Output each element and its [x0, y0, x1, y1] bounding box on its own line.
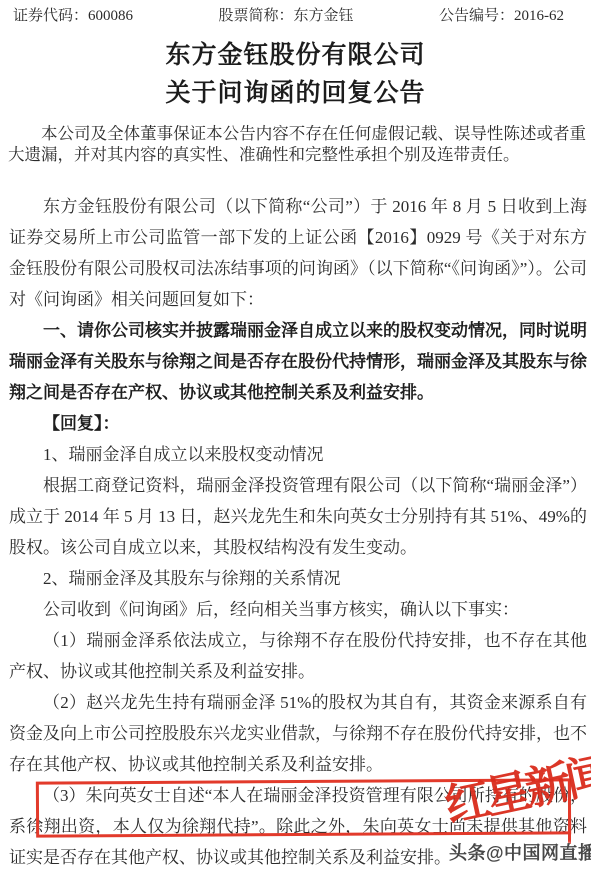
announcement-title: 关于问询函的回复公告	[0, 75, 591, 111]
board-disclaimer: 本公司及全体董事保证本公告内容不存在任何虚假记载、误导性陈述或者重大遗漏，并对其…	[0, 123, 591, 165]
announcement-number-value: 2016-62	[514, 8, 564, 24]
announcement-body: 东方金钰股份有限公司（以下简称“公司”）于 2016 年 8 月 5 日收到上海…	[0, 165, 591, 873]
stock-code-value: 600086	[88, 8, 133, 24]
item-2-intro: 公司收到《问询函》后，经向相关当事方核实，确认以下事实：	[9, 594, 587, 625]
question-1-paragraph: 一、请你公司核实并披露瑞丽金泽自成立以来的股权变动情况，同时说明瑞丽金泽有关股东…	[9, 315, 587, 408]
stock-code: 证券代码：600086	[13, 7, 133, 25]
announcement-number: 公告编号：2016-62	[439, 7, 564, 25]
fact-3-paragraph: （3）朱向英女士自述“本人在瑞丽金泽投资管理有限公司所持有的股份，系徐翔出资，本…	[9, 780, 587, 873]
stock-name-value: 东方金钰	[294, 8, 354, 24]
item-2-heading: 2、瑞丽金泽及其股东与徐翔的关系情况	[9, 563, 587, 594]
item-1-heading: 1、瑞丽金泽自成立以来股权变动情况	[9, 439, 587, 470]
stock-name-label: 股票简称：	[218, 8, 293, 24]
reply-heading: 【回复】：	[9, 408, 587, 439]
stock-name: 股票简称：东方金钰	[218, 7, 353, 25]
announcement-document: 证券代码：600086 股票简称：东方金钰 公告编号：2016-62 东方金钰股…	[0, 0, 591, 873]
document-header: 证券代码：600086 股票简称：东方金钰 公告编号：2016-62	[0, 0, 591, 25]
item-1-body: 根据工商登记资料，瑞丽金泽投资管理有限公司（以下简称“瑞丽金泽”）成立于 201…	[9, 470, 587, 563]
intro-paragraph: 东方金钰股份有限公司（以下简称“公司”）于 2016 年 8 月 5 日收到上海…	[9, 191, 587, 315]
announcement-number-label: 公告编号：	[439, 8, 514, 24]
fact-2-paragraph: （2）赵兴龙先生持有瑞丽金泽 51%的股权为其自有，其资金来源系自有资金及向上市…	[9, 687, 587, 780]
fact-3-text: （3）朱向英女士自述“本人在瑞丽金泽投资管理有限公司所持有的股份，系徐翔出资，本…	[9, 786, 587, 867]
fact-1-paragraph: （1）瑞丽金泽系依法成立，与徐翔不存在股份代持安排，也不存在其他产权、协议或其他…	[9, 625, 587, 687]
company-title: 东方金钰股份有限公司	[0, 37, 591, 73]
stock-code-label: 证券代码：	[13, 8, 88, 24]
